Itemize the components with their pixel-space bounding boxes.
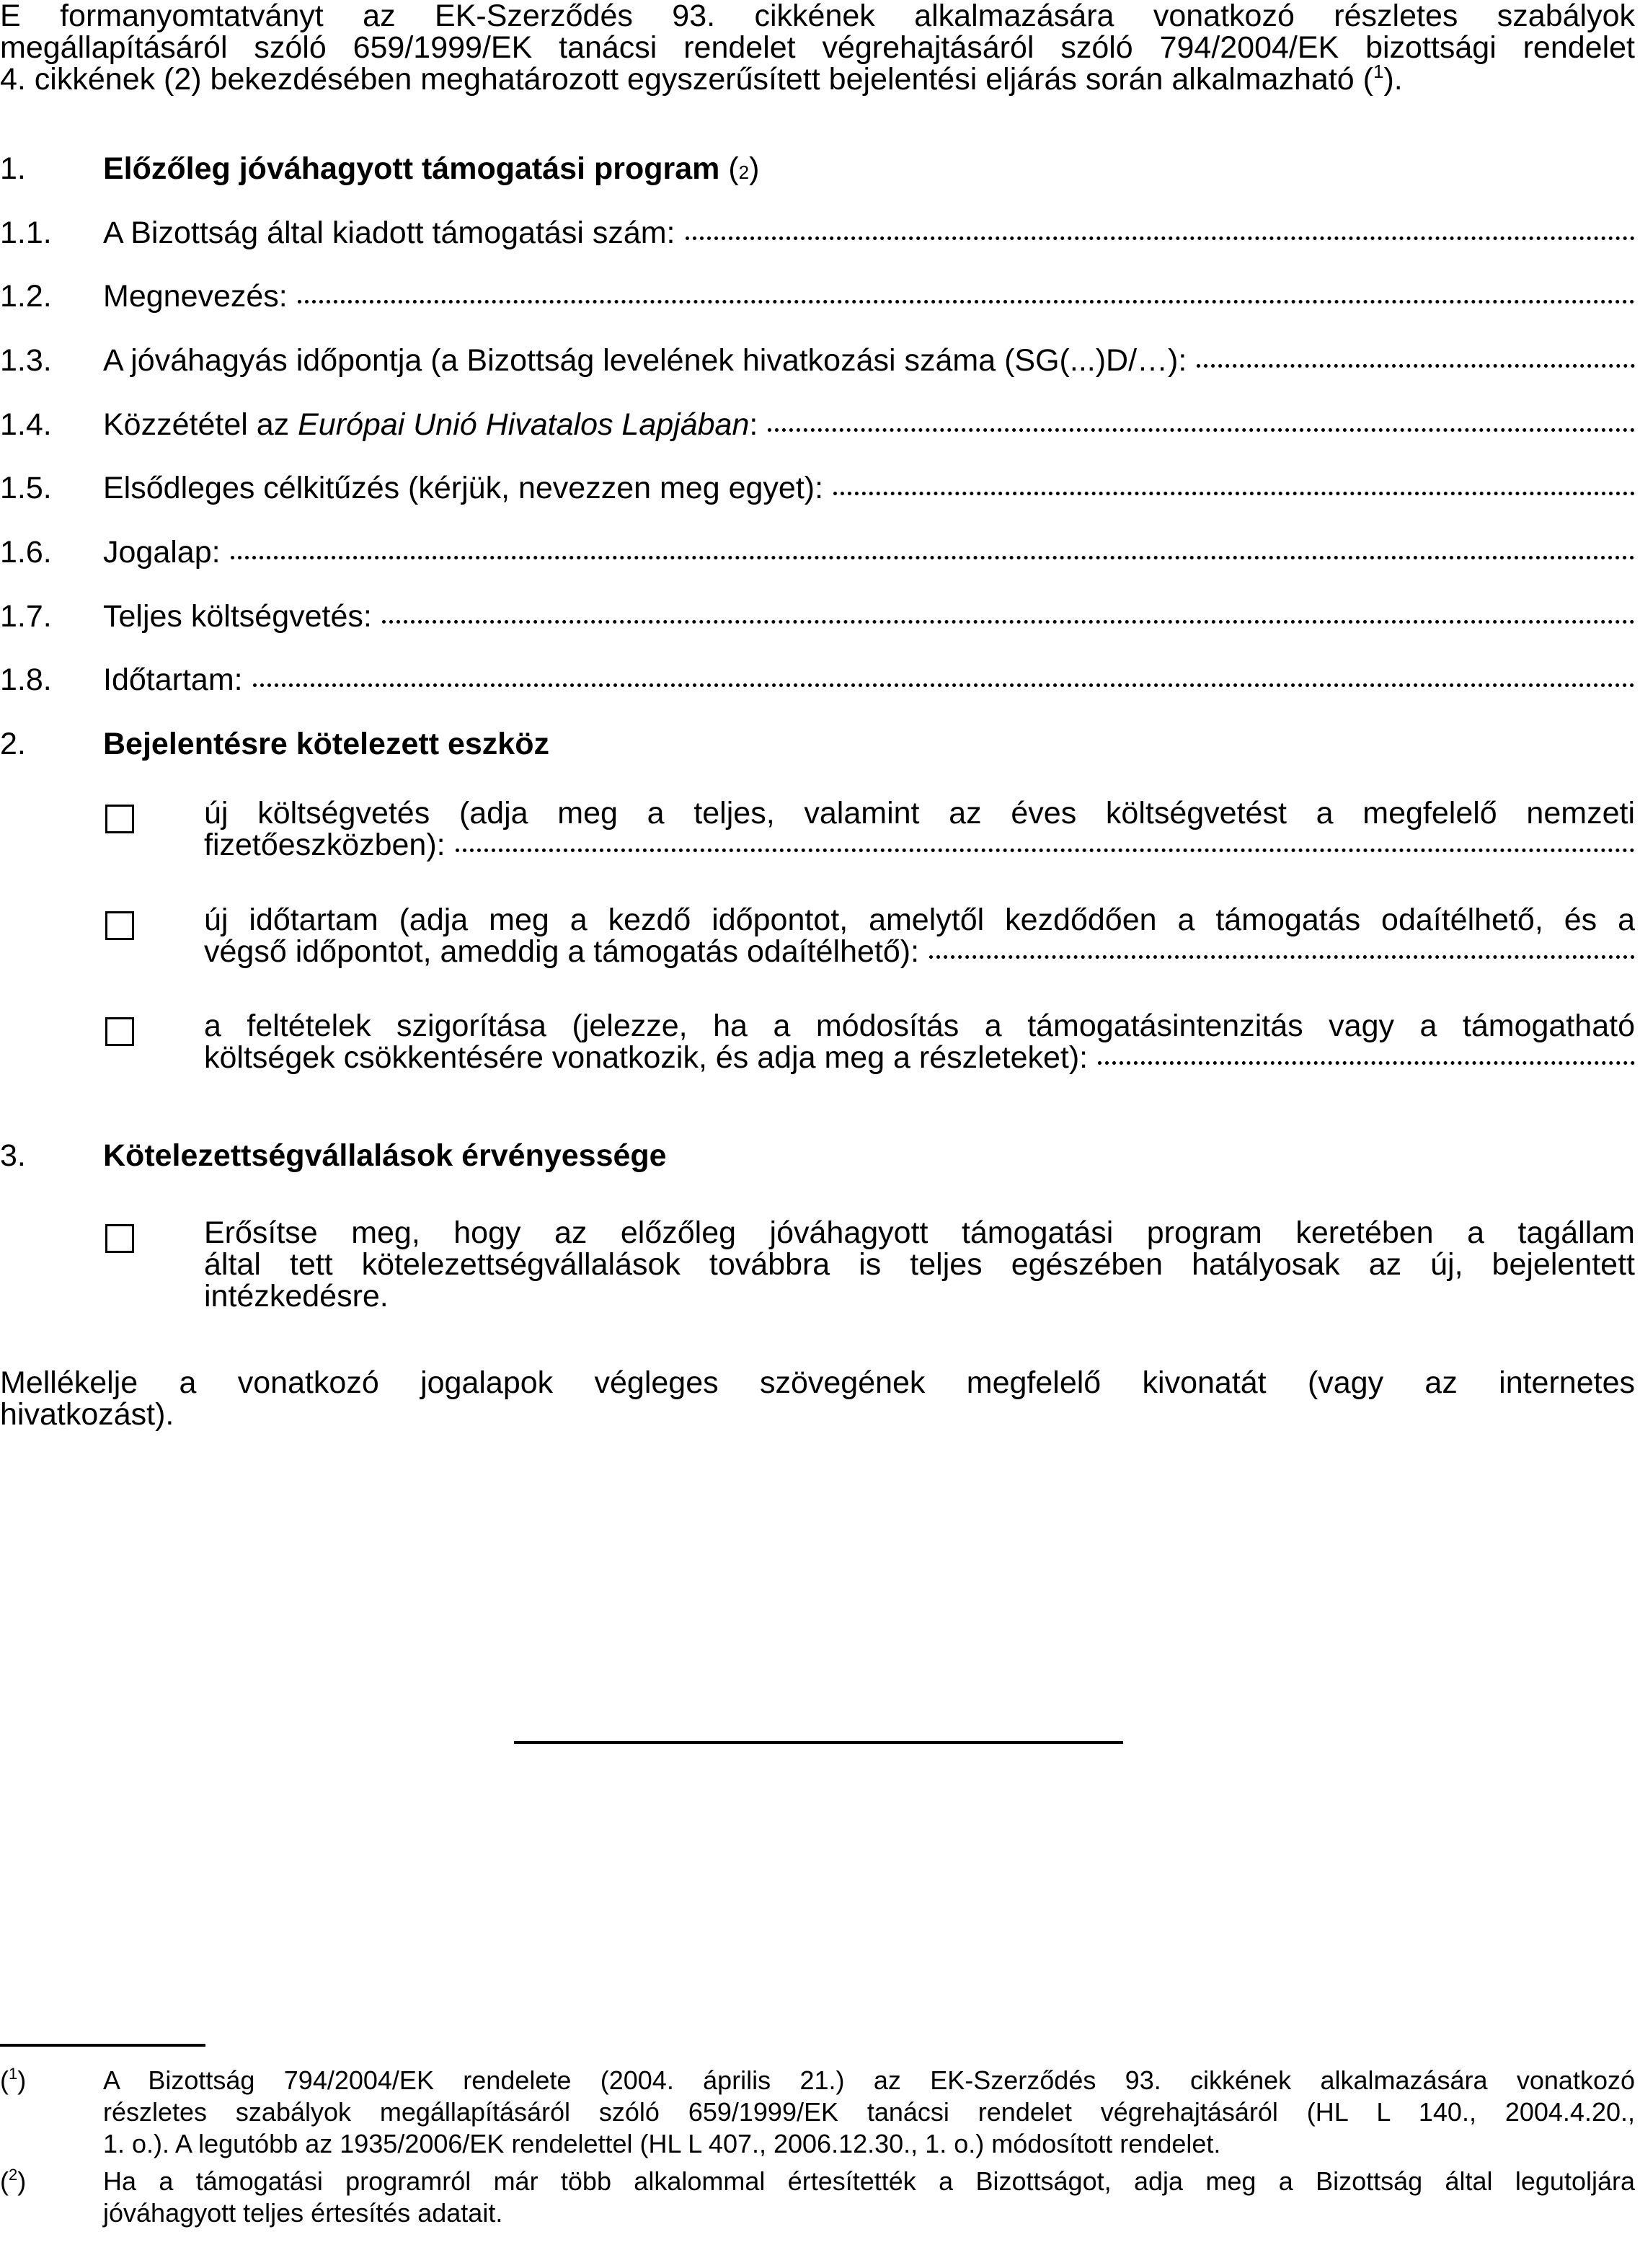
field-input-stricter-conditions[interactable] xyxy=(1098,1054,1635,1065)
section-3-heading: 3. Kötelezettségvállalások érvényessége xyxy=(0,1140,1635,1174)
footnote-ref-1[interactable]: 1 xyxy=(1373,61,1383,82)
section-3-number: 3. xyxy=(0,1140,26,1171)
field-row-1-1: 1.1. A Bizottság által kiadott támogatás… xyxy=(0,217,1635,252)
field-input-new-duration[interactable] xyxy=(929,948,1635,959)
field-row-1-7: 1.7. Teljes költségvetés: xyxy=(0,601,1635,635)
field-input-legal-basis[interactable] xyxy=(231,549,1635,559)
footnote-2: (2) Ha a támogatási programról már több … xyxy=(0,2166,1635,2229)
field-label: Elsődleges célkitűzés (kérjük, nevezzen … xyxy=(103,472,823,504)
field-input-primary-objective[interactable] xyxy=(833,484,1635,495)
field-label: A jóváhagyás időpontja (a Bizottság leve… xyxy=(103,345,1187,376)
field-label: Időtartam: xyxy=(103,664,243,696)
field-label: A Bizottság által kiadott támogatási szá… xyxy=(103,217,675,249)
checkbox-stricter-conditions[interactable] xyxy=(105,1017,134,1046)
field-row-1-8: 1.8. Időtartam: xyxy=(0,664,1635,699)
section-3-title: Kötelezettségvállalások érvényessége xyxy=(103,1140,667,1171)
section-2-heading: 2. Bejelentésre kötelezett eszköz xyxy=(0,728,1635,763)
intro-line-3: 4. cikkének (2) bekezdésében meghatározo… xyxy=(0,63,1635,95)
section-1-heading: 1. Előzőleg jóváhagyott támogatási progr… xyxy=(0,153,1635,187)
intro-line-1: E formanyomtatványt az EK-Szerződés 93. … xyxy=(0,0,1635,32)
checkbox-confirm-commitments[interactable] xyxy=(105,1224,134,1253)
field-label: Közzététel az Európai Unió Hivatalos Lap… xyxy=(103,409,758,440)
field-row-1-2: 1.2. Megnevezés: xyxy=(0,280,1635,315)
section-2-title: Bejelentésre kötelezett eszköz xyxy=(103,728,549,760)
section-1-number: 1. xyxy=(0,153,26,185)
field-label: Teljes költségvetés: xyxy=(103,601,372,632)
section-2-number: 2. xyxy=(0,728,26,760)
field-input-name[interactable] xyxy=(298,293,1635,304)
field-label: Megnevezés: xyxy=(103,280,288,312)
closing-paragraph: Mellékelje a vonatkozó jogalapok véglege… xyxy=(0,1367,1635,1430)
field-label: Jogalap: xyxy=(103,536,221,568)
field-row-1-3: 1.3. A jóváhagyás időpontja (a Bizottság… xyxy=(0,345,1635,379)
field-row-1-5: 1.5. Elsődleges célkitűzés (kérjük, neve… xyxy=(0,472,1635,507)
footnote-1: (1) A Bizottság 794/2004/EK rendelete (2… xyxy=(0,2065,1635,2160)
checkbox-new-budget[interactable] xyxy=(105,805,134,833)
checkbox-new-duration[interactable] xyxy=(105,911,134,940)
intro-paragraph: E formanyomtatványt az EK-Szerződés 93. … xyxy=(0,0,1635,95)
field-row-1-6: 1.6. Jogalap: xyxy=(0,536,1635,571)
field-input-duration[interactable] xyxy=(253,676,1635,687)
field-input-total-budget[interactable] xyxy=(382,613,1635,624)
footnote-rule xyxy=(0,2044,205,2047)
field-row-1-4: 1.4. Közzététel az Európai Unió Hivatalo… xyxy=(0,409,1635,443)
field-input-new-budget[interactable] xyxy=(456,841,1635,852)
section-separator xyxy=(514,1741,1123,1744)
field-input-approval-date[interactable] xyxy=(1197,357,1635,368)
intro-line-2: megállapításáról szóló 659/1999/EK tanác… xyxy=(0,32,1635,63)
field-input-support-number[interactable] xyxy=(686,229,1635,240)
section-1-title: Előzőleg jóváhagyott támogatási program xyxy=(103,153,719,185)
field-input-publication[interactable] xyxy=(768,421,1635,432)
